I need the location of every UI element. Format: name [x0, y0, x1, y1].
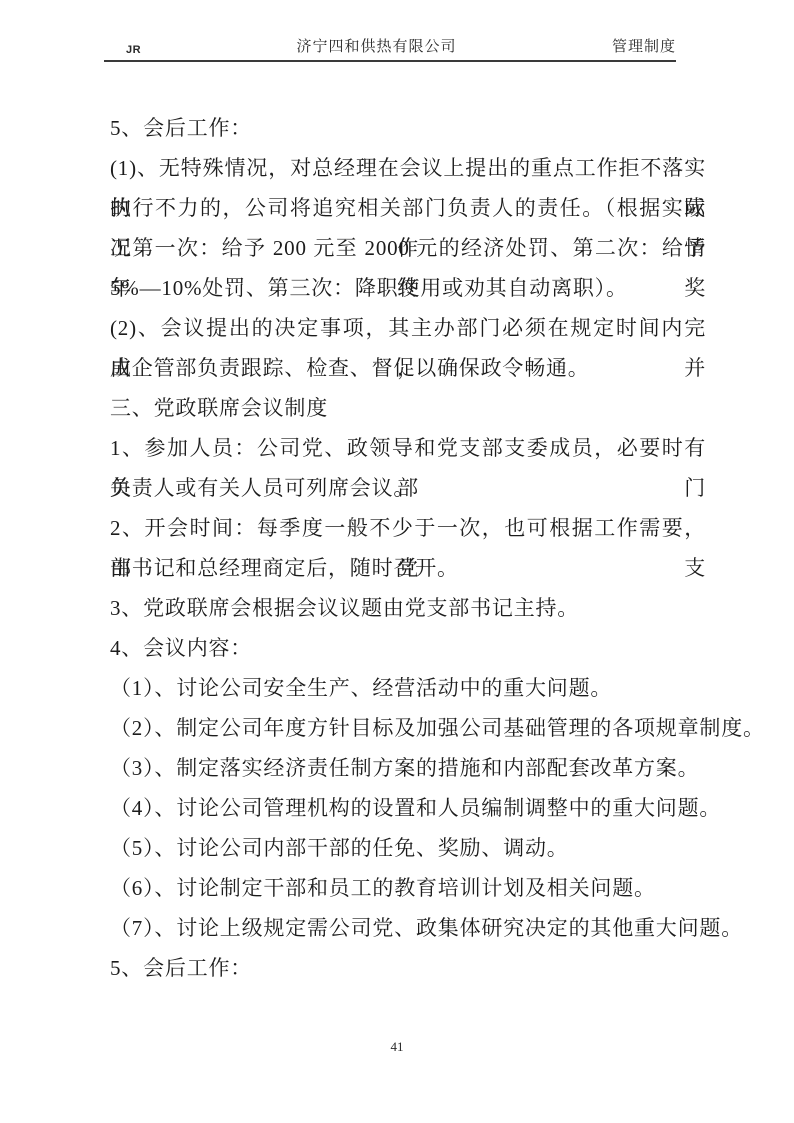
header-company-name: 济宁四和供热有限公司	[297, 35, 457, 56]
page-footer: 41	[0, 1038, 794, 1056]
text-line: （2）、制定公司年度方针目标及加强公司基础管理的各项规章制度。	[110, 708, 706, 748]
document-body: 5、会后工作：(1)、无特殊情况，对总经理在会议上提出的重点工作拒不落实的或执行…	[110, 108, 706, 988]
text-line: 2、开会时间：每季度一般不少于一次，也可根据工作需要，由党支	[110, 508, 706, 548]
text-line: （4）、讨论公司管理机构的设置和人员编制调整中的重大问题。	[110, 788, 706, 828]
text-line: 5、会后工作：	[110, 108, 706, 148]
text-line: 三、党政联席会议制度	[110, 388, 706, 428]
text-line: (1)、无特殊情况，对总经理在会议上提出的重点工作拒不落实的或	[110, 148, 706, 188]
text-line: （5）、讨论公司内部干部的任免、奖励、调动。	[110, 828, 706, 868]
text-line: (2)、会议提出的决定事项，其主办部门必须在规定时间内完成，并	[110, 308, 706, 348]
document-page: JR 济宁四和供热有限公司 管理制度 5、会后工作：(1)、无特殊情况，对总经理…	[0, 0, 794, 1123]
text-line: 3、党政联席会根据会议议题由党支部书记主持。	[110, 588, 706, 628]
text-line: （1）、讨论公司安全生产、经营活动中的重大问题。	[110, 668, 706, 708]
header-doc-type: 管理制度	[612, 35, 676, 56]
text-line: 5、会后工作：	[110, 948, 706, 988]
text-line: （3）、制定落实经济责任制方案的措施和内部配套改革方案。	[110, 748, 706, 788]
page-header: JR 济宁四和供热有限公司 管理制度	[104, 36, 676, 62]
text-line: 4、会议内容：	[110, 628, 706, 668]
text-line: 况第一次：给予 200 元至 2000 元的经济处罚、第二次：给予年终奖	[110, 228, 706, 268]
text-line: （6）、讨论制定干部和员工的教育培训计划及相关问题。	[110, 868, 706, 908]
text-line: 执行不力的，公司将追究相关部门负责人的责任。（根据实际工作情	[110, 188, 706, 228]
text-line: （7）、讨论上级规定需公司党、政集体研究决定的其他重大问题。	[110, 908, 706, 948]
text-line: 5%—10%处罚、第三次：降职使用或劝其自动离职）。	[110, 268, 706, 308]
page-number: 41	[391, 1039, 404, 1054]
header-logo: JR	[126, 44, 141, 56]
text-line: 1、参加人员：公司党、政领导和党支部支委成员，必要时有关部门	[110, 428, 706, 468]
